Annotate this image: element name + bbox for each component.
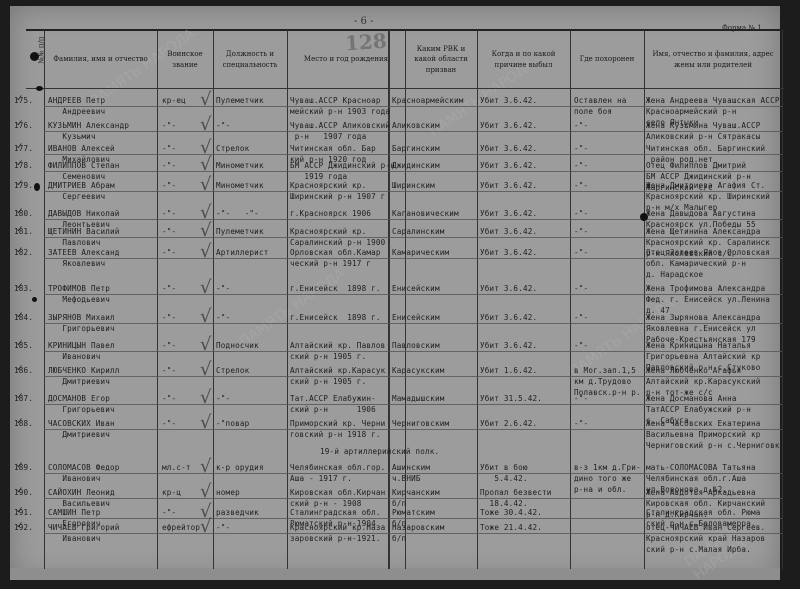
check-icon: √ <box>200 91 211 109</box>
cell-position: номер <box>216 487 286 498</box>
margin-check-icon: ✓ <box>16 207 24 217</box>
cell-position: -"- -"- <box>216 208 286 219</box>
cell-position: Подносчик <box>216 340 286 351</box>
cell-when: Убит 3.6.42. <box>480 312 568 323</box>
cell-when: Убит 2.6.42. <box>480 418 568 429</box>
margin-check-icon: ✓ <box>16 142 24 152</box>
header-position: Должность и специальность <box>213 31 287 88</box>
margin-check-icon: ✓ <box>16 94 24 104</box>
cell-when: Убит 3.6.42. <box>480 143 568 154</box>
column-divider <box>213 30 214 569</box>
cell-position: -"- <box>216 283 286 294</box>
cell-position: Минометчик <box>216 160 286 171</box>
cell-rvk: Павловским <box>392 340 477 351</box>
cell-rvk: Мамадышским <box>392 393 477 404</box>
cell-rvk: Енисейским <box>392 283 477 294</box>
check-icon: √ <box>200 308 211 326</box>
ink-blot <box>34 183 40 191</box>
cell-when: Убит 3.6.42. <box>480 340 568 351</box>
column-divider <box>477 30 478 569</box>
check-icon: √ <box>200 222 211 240</box>
cell-position: Стрелок <box>216 143 286 154</box>
cell-rvk: Камарическим <box>392 247 477 258</box>
row-rule <box>44 106 782 107</box>
cell-rvk: Черниговским <box>392 418 477 429</box>
row-rule <box>44 351 782 352</box>
row-rule <box>44 533 782 534</box>
cell-buried: -"- <box>574 143 644 154</box>
row-rule <box>44 258 782 259</box>
cell-buried: -"- <box>574 340 644 351</box>
margin-check-icon: ✓ <box>16 521 24 531</box>
header-relatives: Имя, отчество и фамилия, адрес жены или … <box>644 31 782 88</box>
cell-buried: -"- <box>574 160 644 171</box>
margin-check-icon: ✓ <box>16 417 24 427</box>
check-icon: √ <box>200 361 211 379</box>
margin-check-icon: ✓ <box>16 364 24 374</box>
cell-position: к-р орудия <box>216 462 286 473</box>
check-icon: √ <box>200 483 211 501</box>
margin-check-icon: ✓ <box>16 225 24 235</box>
row-rule <box>44 518 782 519</box>
row-rule <box>44 294 782 295</box>
cell-buried: -"- <box>574 208 644 219</box>
margin-check-icon: ✓ <box>16 339 24 349</box>
margin-check-icon: ✓ <box>16 282 24 292</box>
header-birth: Место и год рождения <box>287 31 405 88</box>
check-icon: √ <box>200 279 211 297</box>
cell-buried: -"- <box>574 247 644 258</box>
cell-when: Убит 3.6.42. <box>480 208 568 219</box>
cell-birth: г.Енисейск 1898 г. <box>290 312 405 323</box>
cell-rvk: Джидинским <box>392 160 477 171</box>
cell-relatives: Отец Затеев Яков Орловская обл. Камариче… <box>646 247 782 280</box>
row-rule <box>44 404 782 405</box>
cell-position: Пулеметчик <box>216 226 286 237</box>
check-icon: √ <box>200 176 211 194</box>
header-rank: Воинское звание <box>157 31 213 88</box>
row-rule <box>44 191 782 192</box>
check-icon: √ <box>200 414 211 432</box>
column-divider <box>782 30 783 569</box>
cell-birth: г.Енисейск 1898 г. <box>290 283 405 294</box>
cell-rvk: Кагановическим <box>392 208 477 219</box>
cell-buried: -"- <box>574 418 644 429</box>
margin-check-icon: ✓ <box>16 119 24 129</box>
ink-blot <box>32 297 37 302</box>
cell-when: Убит 3.6.42. <box>480 226 568 237</box>
column-divider <box>644 30 645 569</box>
header-when: Когда и по какой причине выбыл <box>477 31 570 88</box>
check-icon: √ <box>200 156 211 174</box>
page-number: - 6 - <box>354 16 373 27</box>
cell-when: Убит 3.6.42. <box>480 160 568 171</box>
cell-buried: -"- <box>574 226 644 237</box>
ink-blot <box>640 213 648 221</box>
check-icon: √ <box>200 458 211 476</box>
check-icon: √ <box>200 243 211 261</box>
row-rule <box>44 237 782 238</box>
margin-check-icon: ✓ <box>16 179 24 189</box>
cell-position: Артиллерист <box>216 247 286 258</box>
cell-when: Убит 3.6.42. <box>480 180 568 191</box>
cell-rvk: Баргинским <box>392 143 477 154</box>
cell-position: -"- <box>216 522 286 533</box>
cell-rvk: Саралинским <box>392 226 477 237</box>
header-buried: Где похоронен <box>570 31 644 88</box>
cell-rvk: Ширинским <box>392 180 477 191</box>
cell-relatives: Жена Часовских Екатерина Васильевна Прим… <box>646 418 782 451</box>
column-divider <box>157 30 158 569</box>
header-name: Фамилия, имя и отчество <box>44 31 157 88</box>
cell-when: Тоже 21.4.42. <box>480 522 568 533</box>
cell-position: -"- <box>216 120 286 131</box>
row-rule <box>44 154 782 155</box>
cell-relatives: отец-ЧИЧАЕВ Иван Сергеев. Красноярский к… <box>646 522 782 555</box>
header-rvk: Каким РВК и какой области призван <box>405 31 477 88</box>
section-heading: 19-й артиллерийский полк. <box>320 446 439 457</box>
cell-rvk: Карасукским <box>392 365 477 376</box>
cell-when: Тоже 30.4.42. <box>480 507 568 518</box>
margin-check-icon: ✓ <box>16 461 24 471</box>
margin-check-icon: ✓ <box>16 246 24 256</box>
margin-check-icon: ✓ <box>16 506 24 516</box>
column-divider <box>287 30 288 569</box>
cell-when: Убит 3.6.42. <box>480 95 568 106</box>
cell-position: -"повар <box>216 418 286 429</box>
cell-buried: -"- <box>574 283 644 294</box>
ink-blot <box>36 86 43 91</box>
check-icon: √ <box>200 389 211 407</box>
check-icon: √ <box>200 116 211 134</box>
row-rule <box>44 429 782 430</box>
cell-when: Убит 3.6.42. <box>480 283 568 294</box>
cell-position: -"- <box>216 312 286 323</box>
cell-position: Пулеметчик <box>216 95 286 106</box>
cell-buried: -"- <box>574 120 644 131</box>
cell-when: Убит 1.6.42. <box>480 365 568 376</box>
column-divider <box>570 30 571 569</box>
row-rule <box>44 219 782 220</box>
row-rule <box>44 376 782 377</box>
cell-when: Убит 3.6.42. <box>480 120 568 131</box>
cell-rvk: Енисейским <box>392 312 477 323</box>
cell-when: Убит 3.6.42. <box>480 247 568 258</box>
row-rule <box>44 171 782 172</box>
margin-check-icon: ✓ <box>16 392 24 402</box>
cell-buried: -"- <box>574 312 644 323</box>
cell-position: Минометчик <box>216 180 286 191</box>
cell-birth: г.Красноярск 1906 <box>290 208 405 219</box>
cell-rvk: Аликовским <box>392 120 477 131</box>
cell-position: Стрелок <box>216 365 286 376</box>
cell-position: -"- <box>216 393 286 404</box>
cell-position: разведчик <box>216 507 286 518</box>
cell-buried: -"- <box>574 180 644 191</box>
cell-rvk: Красноармейским <box>392 95 477 106</box>
margin-check-icon: ✓ <box>16 311 24 321</box>
cell-when: Убит 31.5.42. <box>480 393 568 404</box>
header-rule <box>26 88 784 89</box>
row-rule <box>44 473 782 474</box>
row-rule <box>44 131 782 132</box>
margin-check-icon: ✓ <box>16 159 24 169</box>
check-icon: √ <box>200 336 211 354</box>
row-rule <box>44 323 782 324</box>
check-icon: √ <box>200 518 211 536</box>
row-rule <box>44 498 782 499</box>
cell-buried: -"- <box>574 393 644 404</box>
margin-check-icon: ✓ <box>16 486 24 496</box>
ink-blot <box>30 52 39 61</box>
cell-buried: в-з 1км д.Гри- дино того же р-на и обл. <box>574 462 644 495</box>
